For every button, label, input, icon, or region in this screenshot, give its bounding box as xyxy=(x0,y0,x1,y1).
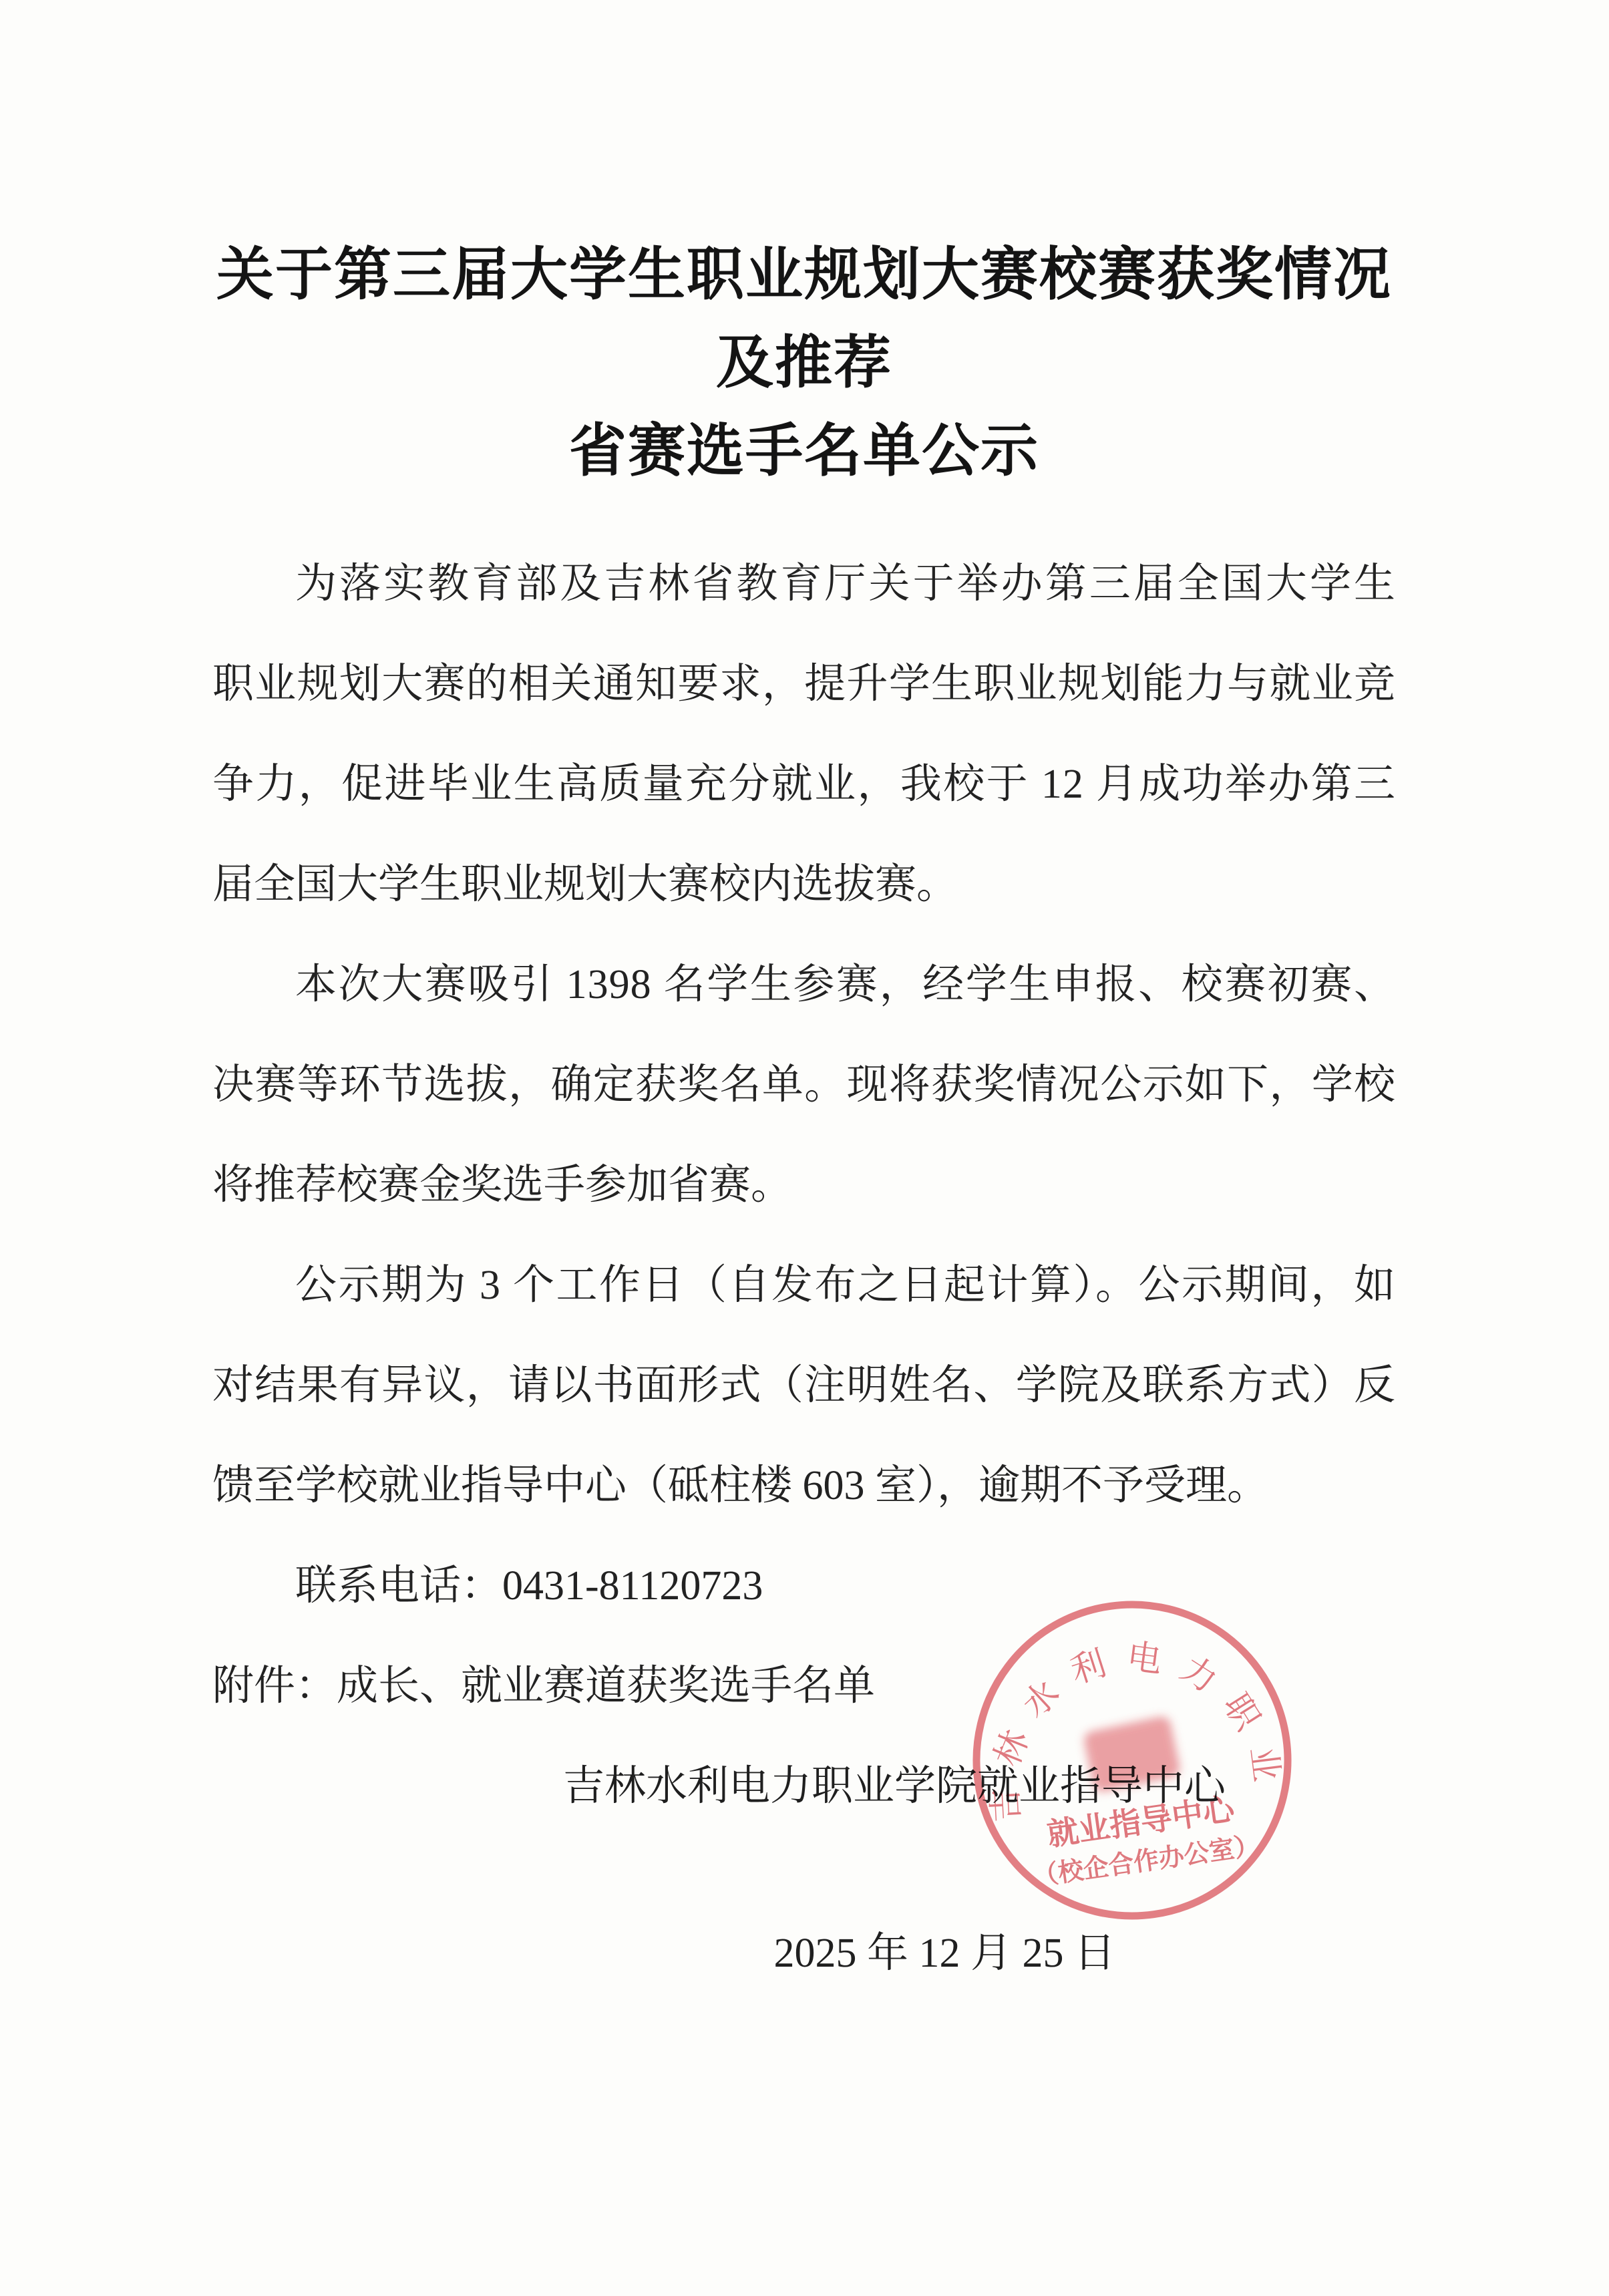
body-line: 对结果有异议，请以书面形式（注明姓名、学院及联系方式）反 xyxy=(212,1335,1396,1436)
body-line: 公示期为 3 个工作日（自发布之日起计算）。公示期间，如 xyxy=(212,1235,1396,1335)
contact-phone-line: 联系电话：0431-81120723 xyxy=(212,1536,1396,1636)
document-content: 关于第三届大学生职业规划大赛校赛获奖情况及推荐 省赛选手名单公示 为落实教育部及… xyxy=(212,230,1396,2003)
body-line: 争力，促进毕业生高质量充分就业，我校于 12 月成功举办第三 xyxy=(212,734,1396,834)
issue-date: 2025 年 12 月 25 日 xyxy=(212,1903,1396,2003)
document-title: 关于第三届大学生职业规划大赛校赛获奖情况及推荐 省赛选手名单公示 xyxy=(212,230,1396,495)
body-line: 为落实教育部及吉林省教育厅关于举办第三届全国大学生 xyxy=(212,534,1396,634)
title-line-2: 省赛选手名单公示 xyxy=(212,407,1396,495)
body-line: 职业规划大赛的相关通知要求，提升学生职业规划能力与就业竞 xyxy=(212,634,1396,734)
body-line: 决赛等环节选拔，确定获奖名单。现将获奖情况公示如下，学校 xyxy=(212,1035,1396,1135)
title-line-1: 关于第三届大学生职业规划大赛校赛获奖情况及推荐 xyxy=(212,230,1396,407)
body-line: 将推荐校赛金奖选手参加省赛。 xyxy=(212,1135,1396,1235)
document-body: 为落实教育部及吉林省教育厅关于举办第三届全国大学生 职业规划大赛的相关通知要求，… xyxy=(212,534,1396,1736)
body-line: 馈至学校就业指导中心（砥柱楼 603 室），逾期不予受理。 xyxy=(212,1436,1396,1536)
issuer-signature: 吉林水利电力职业学院就业指导中心 xyxy=(212,1736,1396,1836)
body-line: 本次大赛吸引 1398 名学生参赛，经学生申报、校赛初赛、 xyxy=(212,935,1396,1035)
body-line: 届全国大学生职业规划大赛校内选拔赛。 xyxy=(212,834,1396,935)
document-page: 关于第三届大学生职业规划大赛校赛获奖情况及推荐 省赛选手名单公示 为落实教育部及… xyxy=(0,0,1609,2296)
attachment-line: 附件：成长、就业赛道获奖选手名单 xyxy=(212,1636,1396,1736)
